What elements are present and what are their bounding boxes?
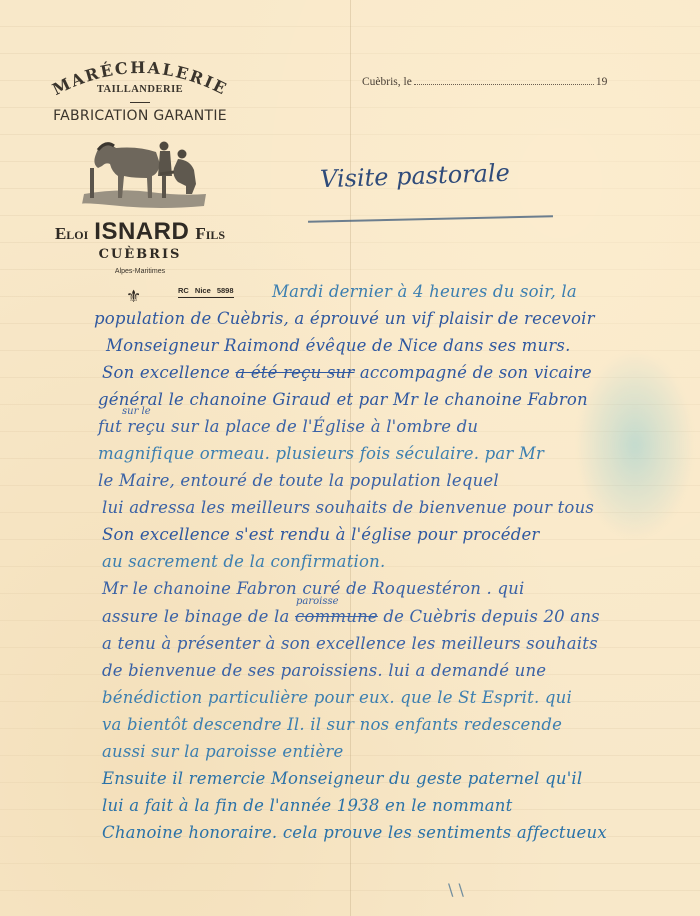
body-line: aussi sur la paroisse entière — [102, 742, 343, 761]
body-line: bénédiction particulière pour eux. que l… — [102, 688, 572, 707]
date-year-prefix: 19 — [596, 76, 608, 88]
struck-text: a été reçu sur — [235, 363, 354, 382]
company-first-name: Eloi — [55, 224, 88, 243]
body-line: a tenu à présenter à son excellence les … — [102, 634, 598, 653]
body-line-text: accompagné de son vicaire — [354, 363, 591, 382]
farrier-illustration-icon — [80, 132, 210, 212]
date-blank — [414, 84, 594, 85]
letterhead-region: Alpes-Maritimes — [20, 268, 260, 275]
company-name: EloiISNARDFils — [20, 218, 260, 246]
body-line: Monseigneur Raimond évêque de Nice dans … — [106, 336, 571, 355]
body-line: au sacrement de la confirmation. — [102, 552, 385, 571]
letter-title: Visite pastorale — [320, 159, 511, 194]
body-line: fut reçu sur la place de l'Église à l'om… — [98, 417, 478, 436]
interlinear-insertion: sur le — [122, 406, 151, 417]
registration-number: RC Nice 5898 — [178, 286, 234, 298]
letter-page: MARÉCHALERIE TAILLANDERIE FABRICATION GA… — [0, 0, 700, 916]
body-line: population de Cuèbris, a éprouvé un vif … — [94, 309, 595, 328]
body-line-text: de Cuèbris depuis 20 ans — [378, 607, 600, 626]
trailing-pen-marks: \ \ — [448, 880, 464, 899]
fleur-emblem-icon: ⚜ — [126, 287, 141, 307]
title-underline — [308, 215, 553, 223]
body-line: Mardi dernier à 4 heures du soir, la — [272, 282, 577, 301]
body-line: assure le binage de la commune de Cuèbri… — [102, 607, 600, 626]
letterhead-tagline: FABRICATION GARANTIE — [20, 108, 260, 124]
company-surname: ISNARD — [94, 218, 189, 245]
trade-title-arc: MARÉCHALERIE — [20, 50, 260, 110]
body-line-text: Son excellence — [102, 363, 235, 382]
struck-text: commune — [295, 607, 378, 626]
date-line: Cuèbris, le19 — [362, 76, 607, 88]
body-line: Son excellence a été reçu sur accompagné… — [102, 363, 592, 382]
body-line: lui adressa les meilleurs souhaits de bi… — [102, 498, 594, 517]
body-line-text: assure le binage de la — [102, 607, 295, 626]
letterhead-city: CUÈBRIS — [20, 247, 260, 262]
company-suffix: Fils — [195, 224, 225, 243]
body-line: Son excellence s'est rendu à l'église po… — [102, 525, 540, 544]
interlinear-insertion: paroisse — [296, 596, 339, 607]
body-line: Chanoine honoraire. cela prouve les sent… — [102, 823, 607, 842]
letterhead-subtitle: TAILLANDERIE — [20, 84, 260, 95]
divider — [130, 102, 150, 103]
body-line: de bienvenue de ses paroissiens. lui a d… — [102, 661, 546, 680]
body-line: le Maire, entouré de toute la population… — [98, 471, 499, 490]
date-place: Cuèbris, le — [362, 76, 412, 88]
body-line: général le chanoine Giraud et par Mr le … — [98, 390, 588, 409]
body-line: magnifique ormeau. plusieurs fois sécula… — [98, 444, 544, 463]
body-line: lui a fait à la fin de l'année 1938 en l… — [102, 796, 512, 815]
body-line: Ensuite il remercie Monseigneur du geste… — [102, 769, 582, 788]
body-line: va bientôt descendre Il. il sur nos enfa… — [102, 715, 562, 734]
